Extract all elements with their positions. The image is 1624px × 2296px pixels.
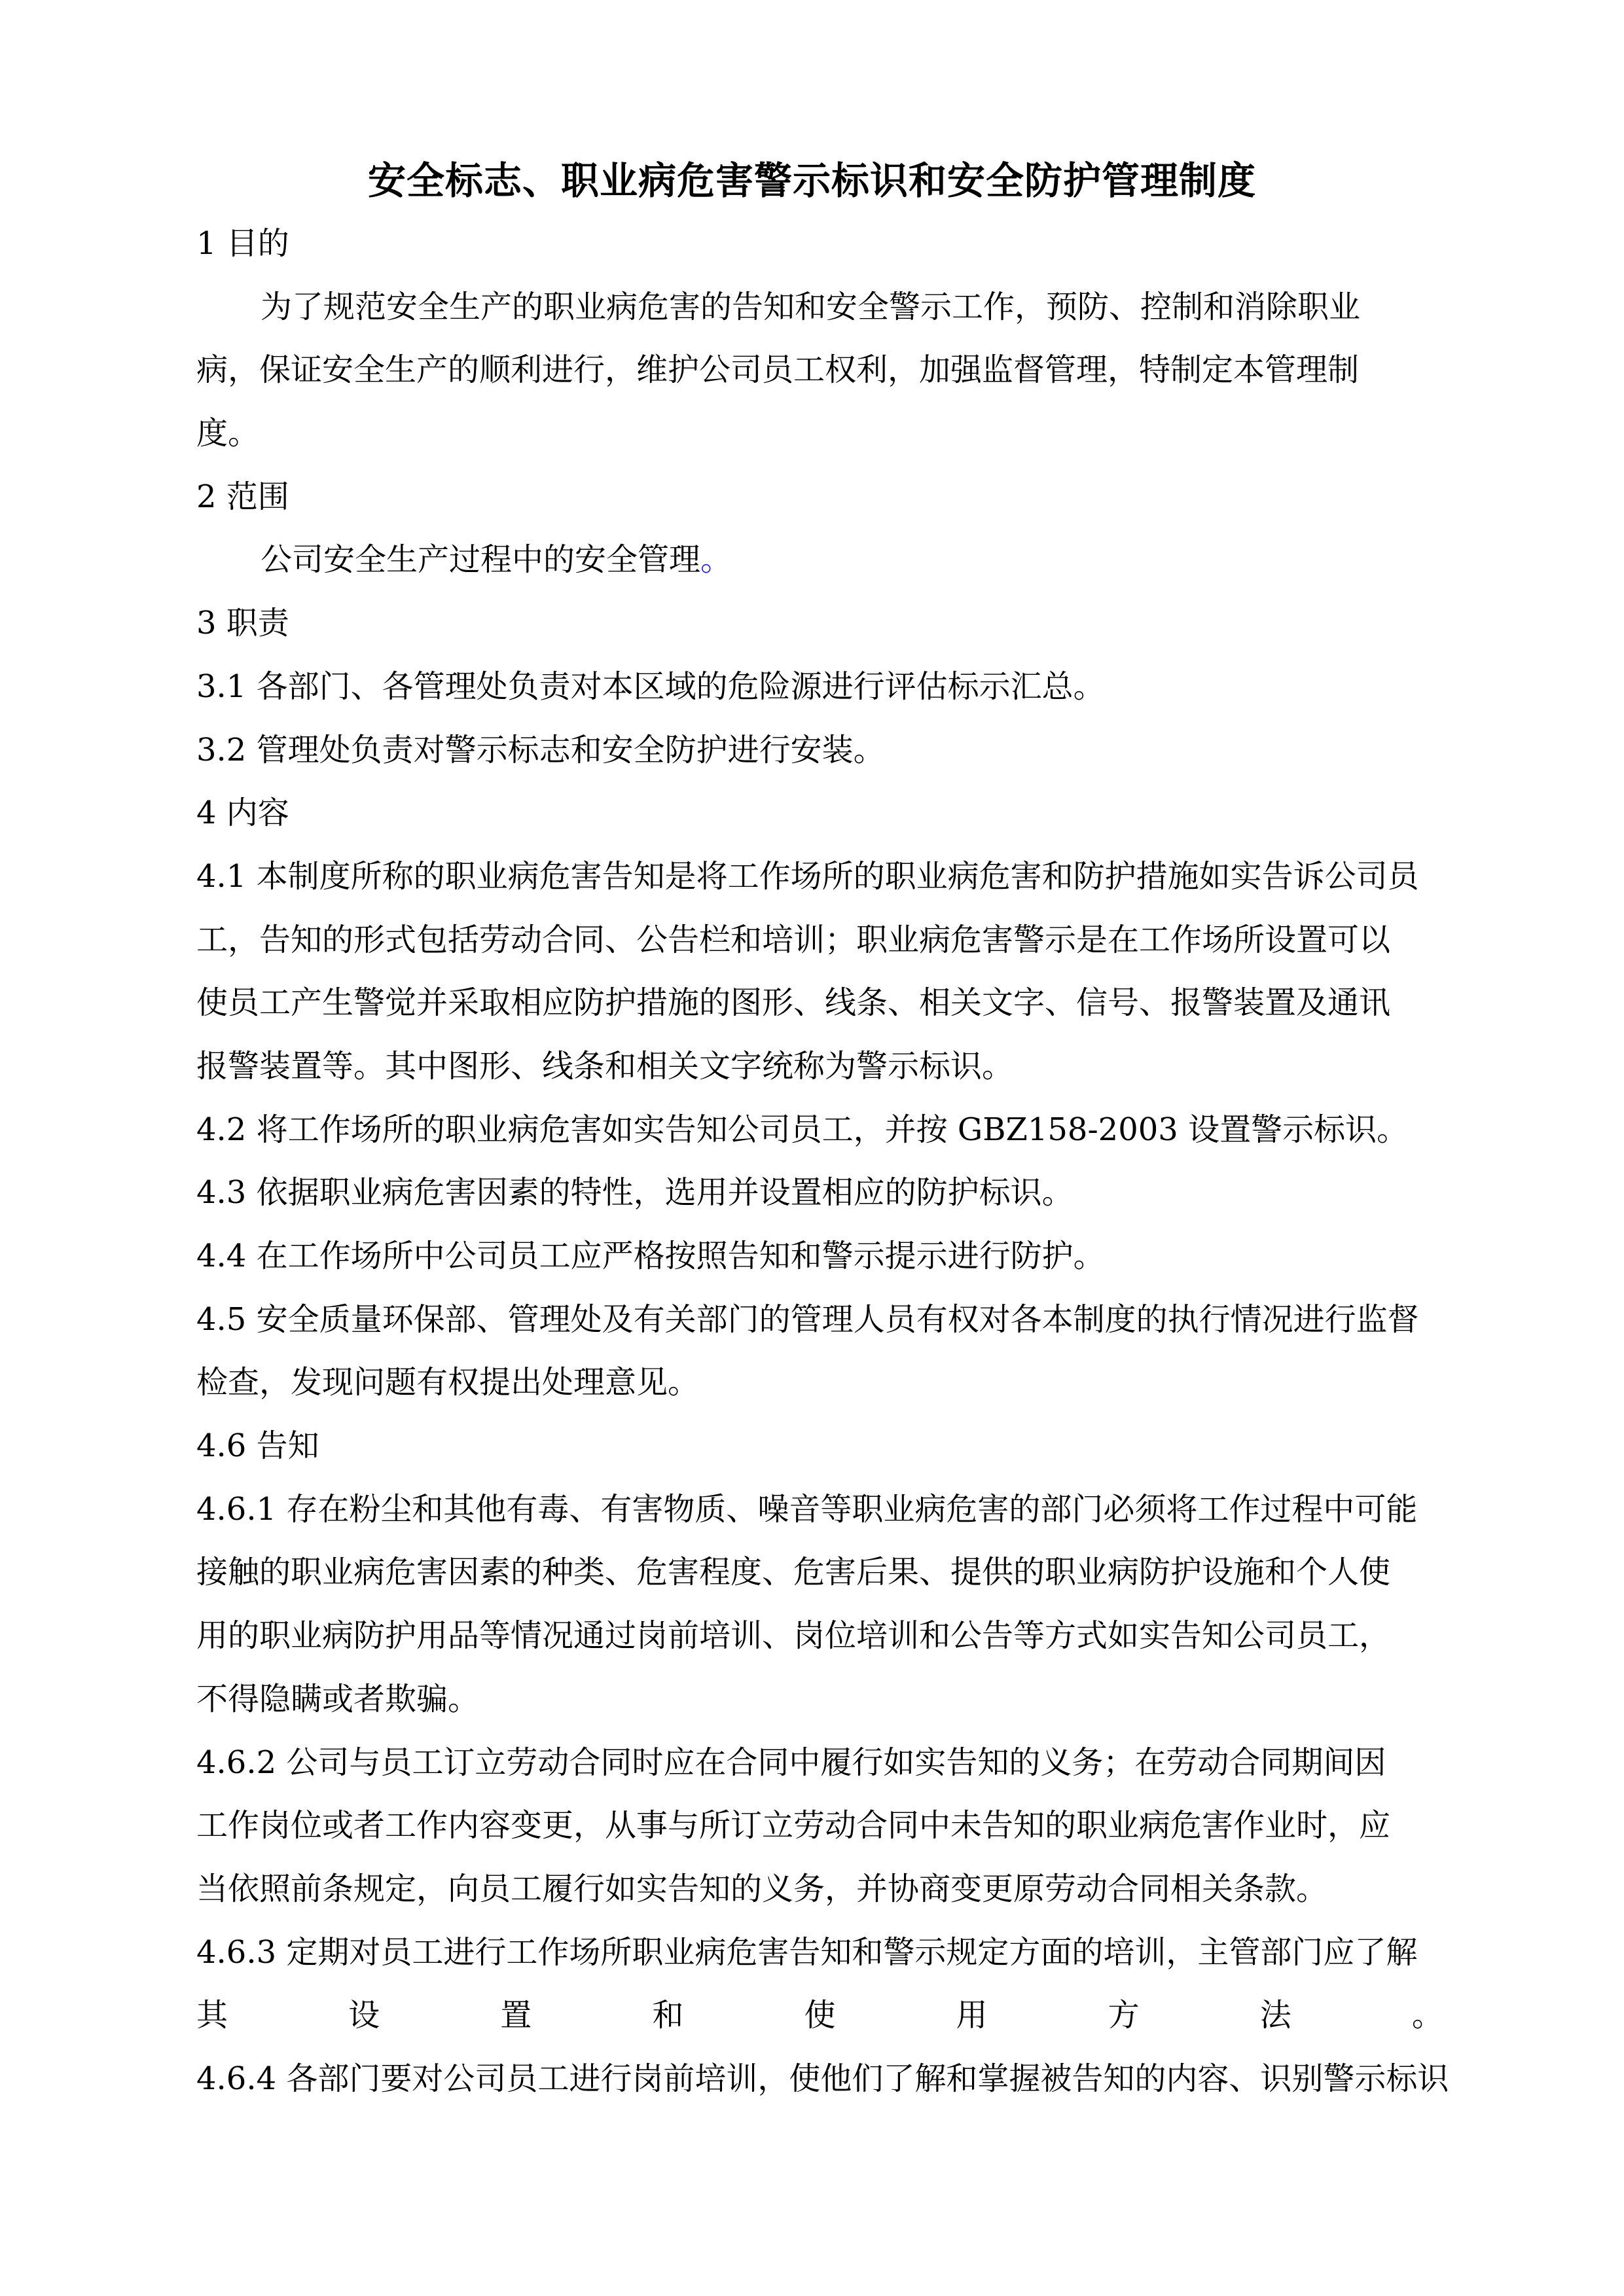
spread-char: 设 <box>348 1984 380 2047</box>
clause-4-5-line: 检查，发现问题有权提出处理意见。 <box>196 1351 1443 1414</box>
paragraph-line: 公司安全生产过程中的安全管理。 <box>196 528 1443 592</box>
section-heading-responsibilities: 3 职责 <box>196 592 1443 655</box>
clause-4-1-line: 4.1 本制度所称的职业病危害告知是将工作场所的职业病危害和防护措施如实告诉公司… <box>196 845 1443 908</box>
clause-4-3: 4.3 依据职业病危害因素的特性，选用并设置相应的防护标识。 <box>196 1161 1443 1225</box>
document-body: 1 目的 为了规范安全生产的职业病危害的告知和安全警示工作，预防、控制和消除职业… <box>196 212 1443 2111</box>
scope-text: 公司安全生产过程中的安全管理 <box>261 541 700 578</box>
spread-char: 法 <box>1260 1984 1291 2047</box>
clause-4-6-2-line: 当依照前条规定，向员工履行如实告知的义务，并协商变更原劳动合同相关条款。 <box>196 1857 1443 1921</box>
spread-char: 方 <box>1108 1984 1140 2047</box>
document-title: 安全标志、职业病危害警示标识和安全防护管理制度 <box>0 154 1624 207</box>
clause-4-6-1-line: 接触的职业病危害因素的种类、危害程度、危害后果、提供的职业病防护设施和个人使 <box>196 1541 1443 1604</box>
section-heading-content: 4 内容 <box>196 781 1443 845</box>
clause-4-6-2-line: 4.6.2 公司与员工订立劳动合同时应在合同中履行如实告知的义务；在劳动合同期间… <box>196 1731 1443 1795</box>
spread-char: 。 <box>1412 1984 1443 2047</box>
spread-char: 使 <box>804 1984 835 2047</box>
clause-4-2: 4.2 将工作场所的职业病危害如实告知公司员工，并按 GBZ158-2003 设… <box>196 1098 1443 1162</box>
clause-4-6-4-line: 4.6.4 各部门要对公司员工进行岗前培训，使他们了解和掌握被告知的内容、识别警… <box>196 2047 1443 2111</box>
clause-4-1-line: 使员工产生警觉并采取相应防护措施的图形、线条、相关文字、信号、报警装置及通讯 <box>196 971 1443 1035</box>
clause-4-5-line: 4.5 安全质量环保部、管理处及有关部门的管理人员有权对各本制度的执行情况进行监… <box>196 1288 1443 1352</box>
clause-4-6-2-line: 工作岗位或者工作内容变更，从事与所订立劳动合同中未告知的职业病危害作业时，应 <box>196 1794 1443 1857</box>
clause-4-4: 4.4 在工作场所中公司员工应严格按照告知和警示提示进行防护。 <box>196 1225 1443 1288</box>
clause-4-6-3-spread-line: 其 设 置 和 使 用 方 法 。 <box>196 1984 1443 2047</box>
spread-char: 置 <box>500 1984 532 2047</box>
spread-char: 用 <box>956 1984 988 2047</box>
scope-end-mark: 。 <box>700 541 732 578</box>
paragraph-line: 病，保证安全生产的顺利进行，维护公司员工权利，加强监督管理，特制定本管理制 <box>196 338 1443 402</box>
clause-4-6-heading: 4.6 告知 <box>196 1414 1443 1478</box>
clause-4-6-3-line: 4.6.3 定期对员工进行工作场所职业病危害告知和警示规定方面的培训，主管部门应… <box>196 1921 1443 1984</box>
paragraph-line: 度。 <box>196 402 1443 465</box>
clause-3-2: 3.2 管理处负责对警示标志和安全防护进行安装。 <box>196 719 1443 782</box>
clause-4-6-1-line: 用的职业病防护用品等情况通过岗前培训、岗位培训和公告等方式如实告知公司员工， <box>196 1604 1443 1668</box>
clause-4-1-line: 报警装置等。其中图形、线条和相关文字统称为警示标识。 <box>196 1035 1443 1098</box>
spread-char: 和 <box>652 1984 683 2047</box>
paragraph-line: 为了规范安全生产的职业病危害的告知和安全警示工作，预防、控制和消除职业 <box>196 276 1443 339</box>
clause-4-6-1-line: 不得隐瞒或者欺骗。 <box>196 1668 1443 1731</box>
document-page: 安全标志、职业病危害警示标识和安全防护管理制度 1 目的 为了规范安全生产的职业… <box>0 0 1624 2296</box>
clause-4-1-line: 工，告知的形式包括劳动合同、公告栏和培训；职业病危害警示是在工作场所设置可以 <box>196 908 1443 972</box>
section-heading-scope: 2 范围 <box>196 465 1443 529</box>
section-heading-purpose: 1 目的 <box>196 212 1443 276</box>
clause-4-6-1-line: 4.6.1 存在粉尘和其他有毒、有害物质、噪音等职业病危害的部门必须将工作过程中… <box>196 1478 1443 1541</box>
spread-char: 其 <box>196 1984 228 2047</box>
clause-3-1: 3.1 各部门、各管理处负责对本区域的危险源进行评估标示汇总。 <box>196 655 1443 719</box>
